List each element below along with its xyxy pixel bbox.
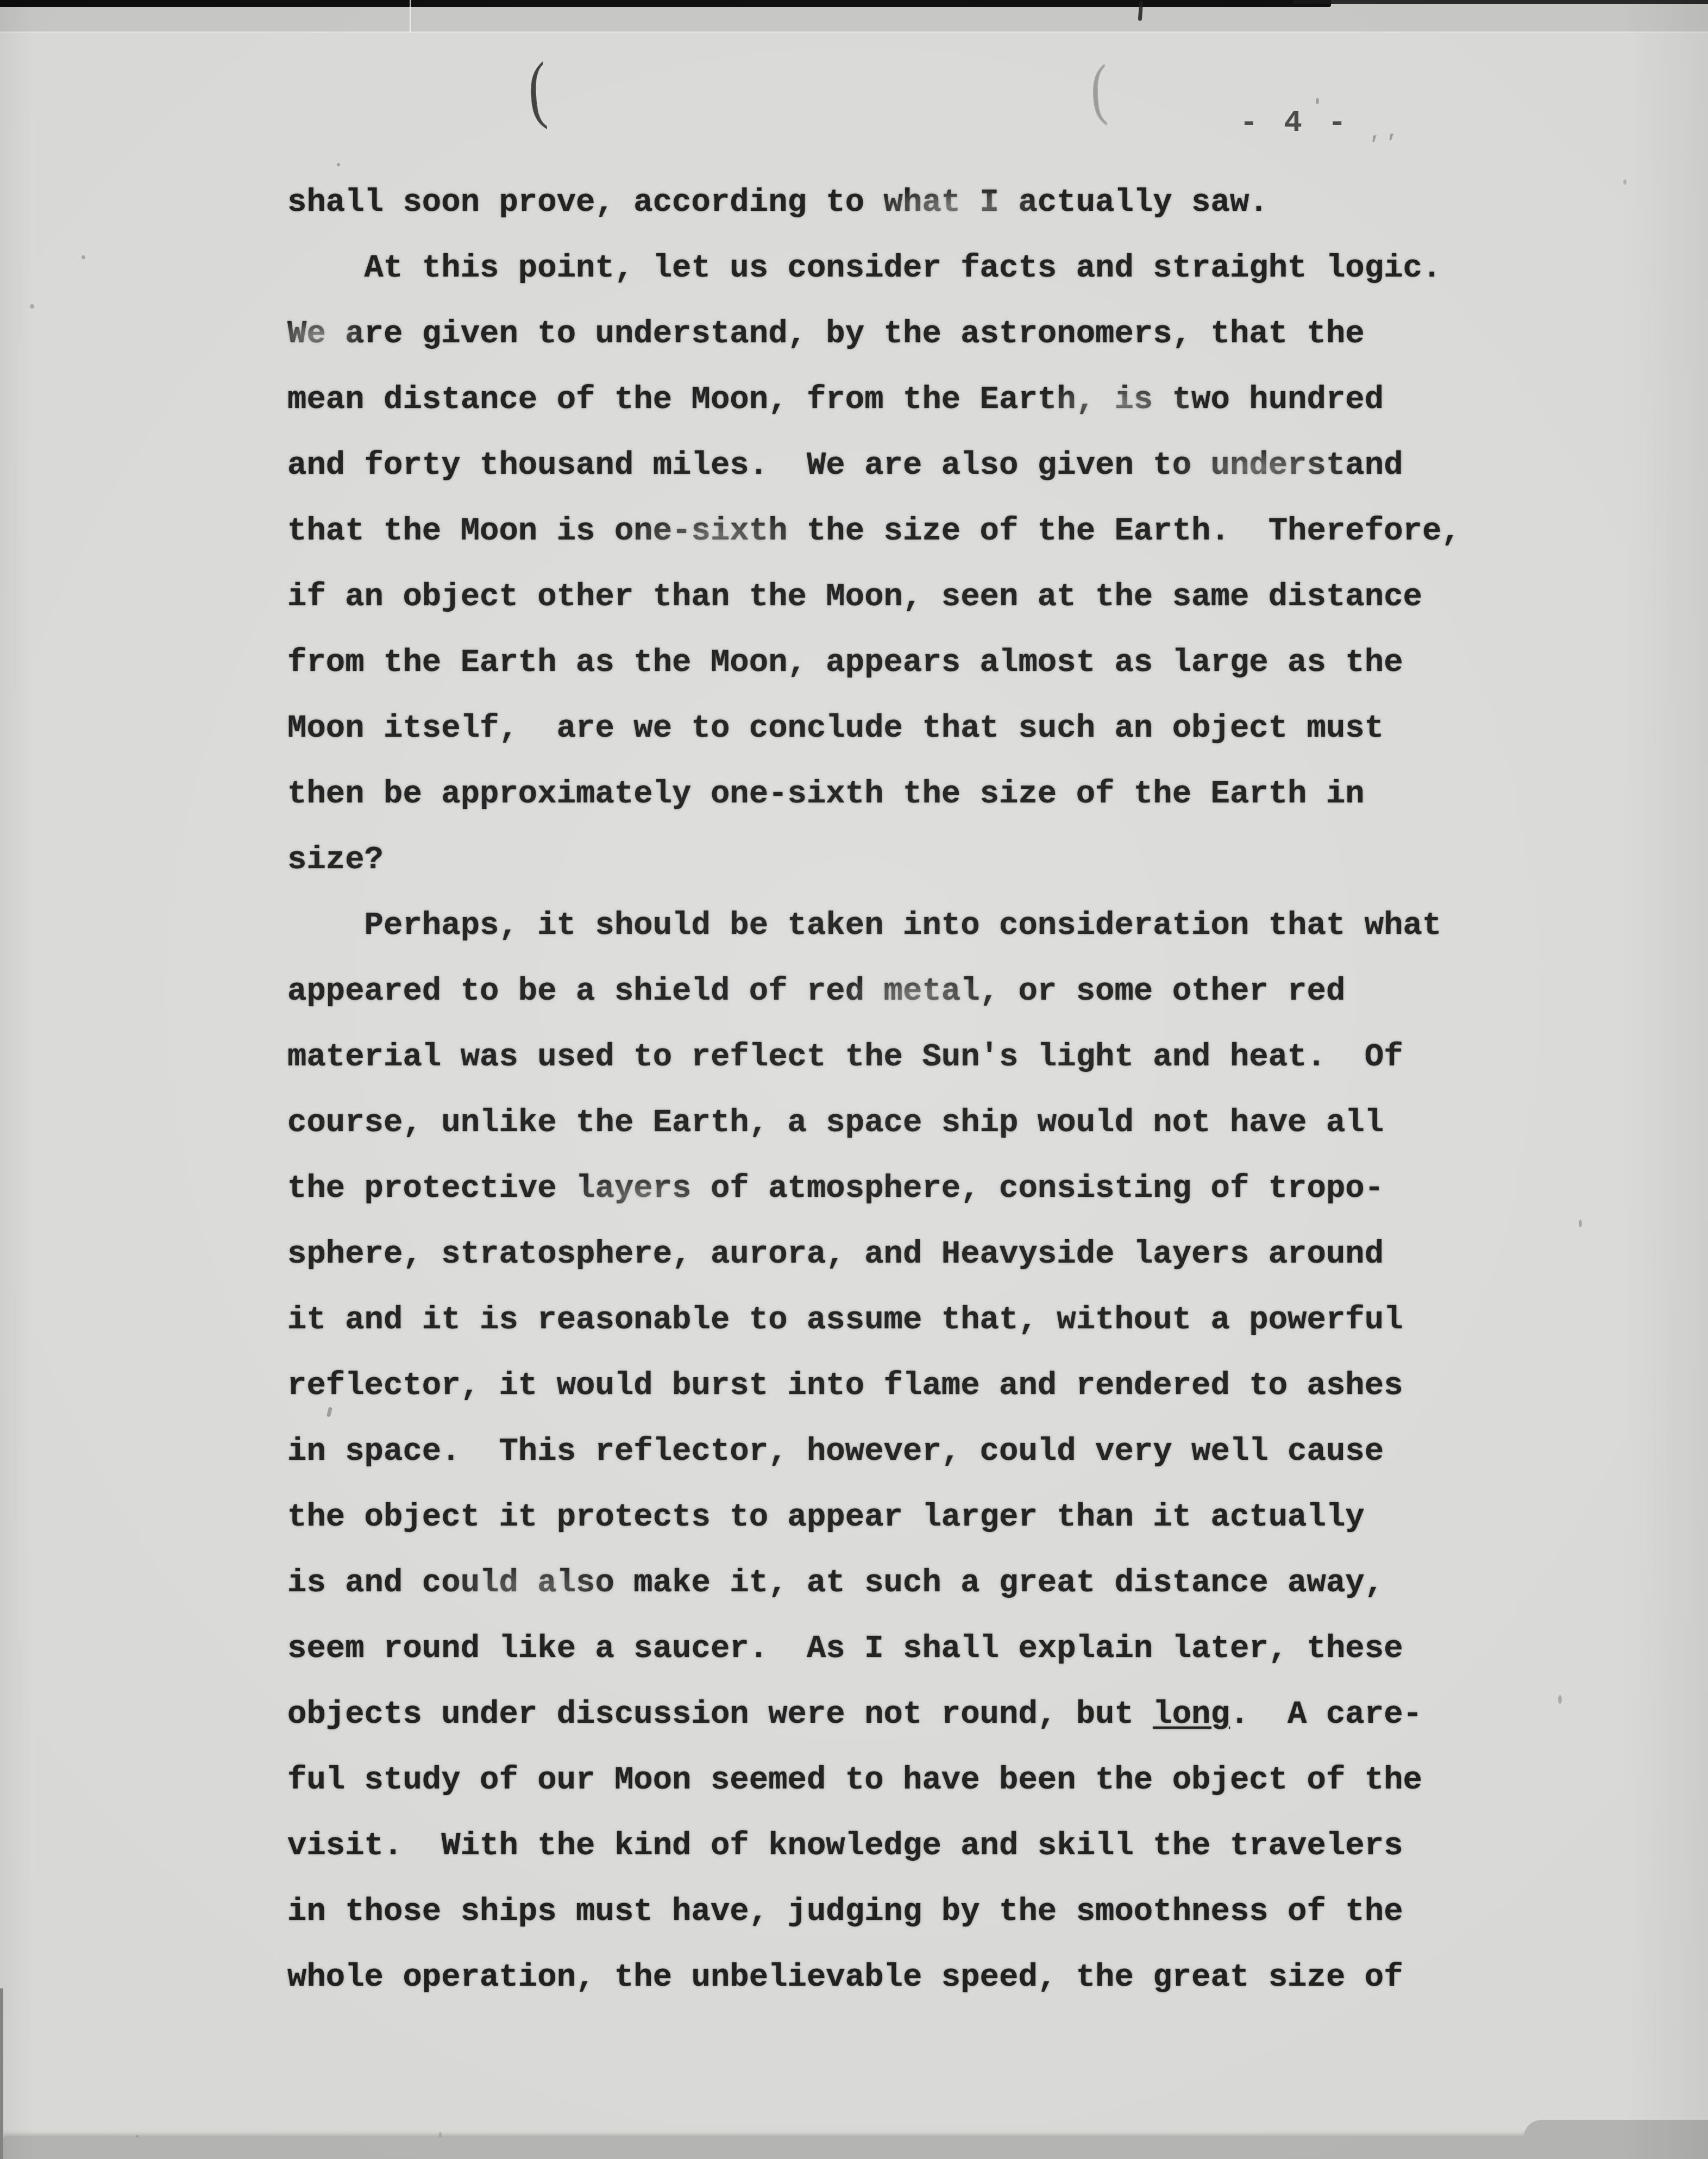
page-number: - 4 - — [1240, 105, 1350, 140]
speckle — [1623, 179, 1627, 185]
scan-top-black-edge — [0, 0, 1331, 7]
typed-text-body: shall soon prove, according to what I ac… — [287, 170, 1461, 2010]
typed-line: whole operation, the unbelievable speed,… — [287, 1944, 1461, 2010]
typed-line: size? — [287, 827, 1461, 893]
scan-bottom-band — [0, 2137, 1708, 2159]
typed-line: that the Moon is one-sixth the size of t… — [287, 498, 1461, 564]
typed-line: from the Earth as the Moon, appears almo… — [287, 630, 1461, 695]
stray-ink-marks: ,, — [1368, 119, 1404, 145]
speckle — [1316, 98, 1319, 104]
typed-line: in those ships must have, judging by the… — [287, 1879, 1461, 1944]
scan-bottom-band-right — [1523, 2120, 1708, 2159]
typed-line: in space. This reflector, however, could… — [287, 1419, 1461, 1484]
typed-line: the protective layers of atmosphere, con… — [287, 1156, 1461, 1221]
typed-line: objects under discussion were not round,… — [287, 1681, 1461, 1747]
typed-line: Perhaps, it should be taken into conside… — [287, 893, 1461, 958]
typed-line: and forty thousand miles. We are also gi… — [287, 432, 1461, 498]
typed-line: sphere, stratosphere, aurora, and Heavys… — [287, 1221, 1461, 1287]
typed-line: if an object other than the Moon, seen a… — [287, 564, 1461, 630]
scan-white-streak — [410, 0, 411, 33]
document-page: ( ( - 4 - ,, shall soon prove, according… — [0, 0, 1708, 2159]
typed-line: reflector, it would burst into flame and… — [287, 1353, 1461, 1419]
typed-line: mean distance of the Moon, from the Eart… — [287, 367, 1461, 432]
typed-line: Moon itself, are we to conclude that suc… — [287, 695, 1461, 761]
speckle — [1579, 1220, 1582, 1227]
pen-mark-paren-left: ( — [526, 45, 549, 133]
typed-line: is and could also make it, at such a gre… — [287, 1550, 1461, 1616]
pen-mark-paren-right: ( — [1089, 49, 1109, 129]
typed-line: seem round like a saucer. As I shall exp… — [287, 1616, 1461, 1681]
typed-line: course, unlike the Earth, a space ship w… — [287, 1090, 1461, 1156]
typed-line: At this point, let us consider facts and… — [287, 235, 1461, 301]
speckle — [30, 304, 34, 309]
scan-left-edge — [0, 1988, 3, 2159]
typed-line: material was used to reflect the Sun's l… — [287, 1024, 1461, 1090]
typed-line: shall soon prove, according to what I ac… — [287, 170, 1461, 235]
underlined-word: long — [1153, 1696, 1230, 1733]
typed-line: visit. With the kind of knowledge and sk… — [287, 1813, 1461, 1879]
typed-line: then be approximately one-sixth the size… — [287, 761, 1461, 827]
speckle — [1558, 1695, 1562, 1704]
speckle — [337, 163, 340, 166]
typed-line: the object it protects to appear larger … — [287, 1484, 1461, 1550]
typed-line: ful study of our Moon seemed to have bee… — [287, 1747, 1461, 1813]
typed-line: We are given to understand, by the astro… — [287, 301, 1461, 367]
speckle — [81, 255, 85, 259]
typed-line: it and it is reasonable to assume that, … — [287, 1287, 1461, 1353]
typed-line: appeared to be a shield of red metal, or… — [287, 958, 1461, 1024]
scan-top-black-edge-thin — [1293, 0, 1708, 4]
